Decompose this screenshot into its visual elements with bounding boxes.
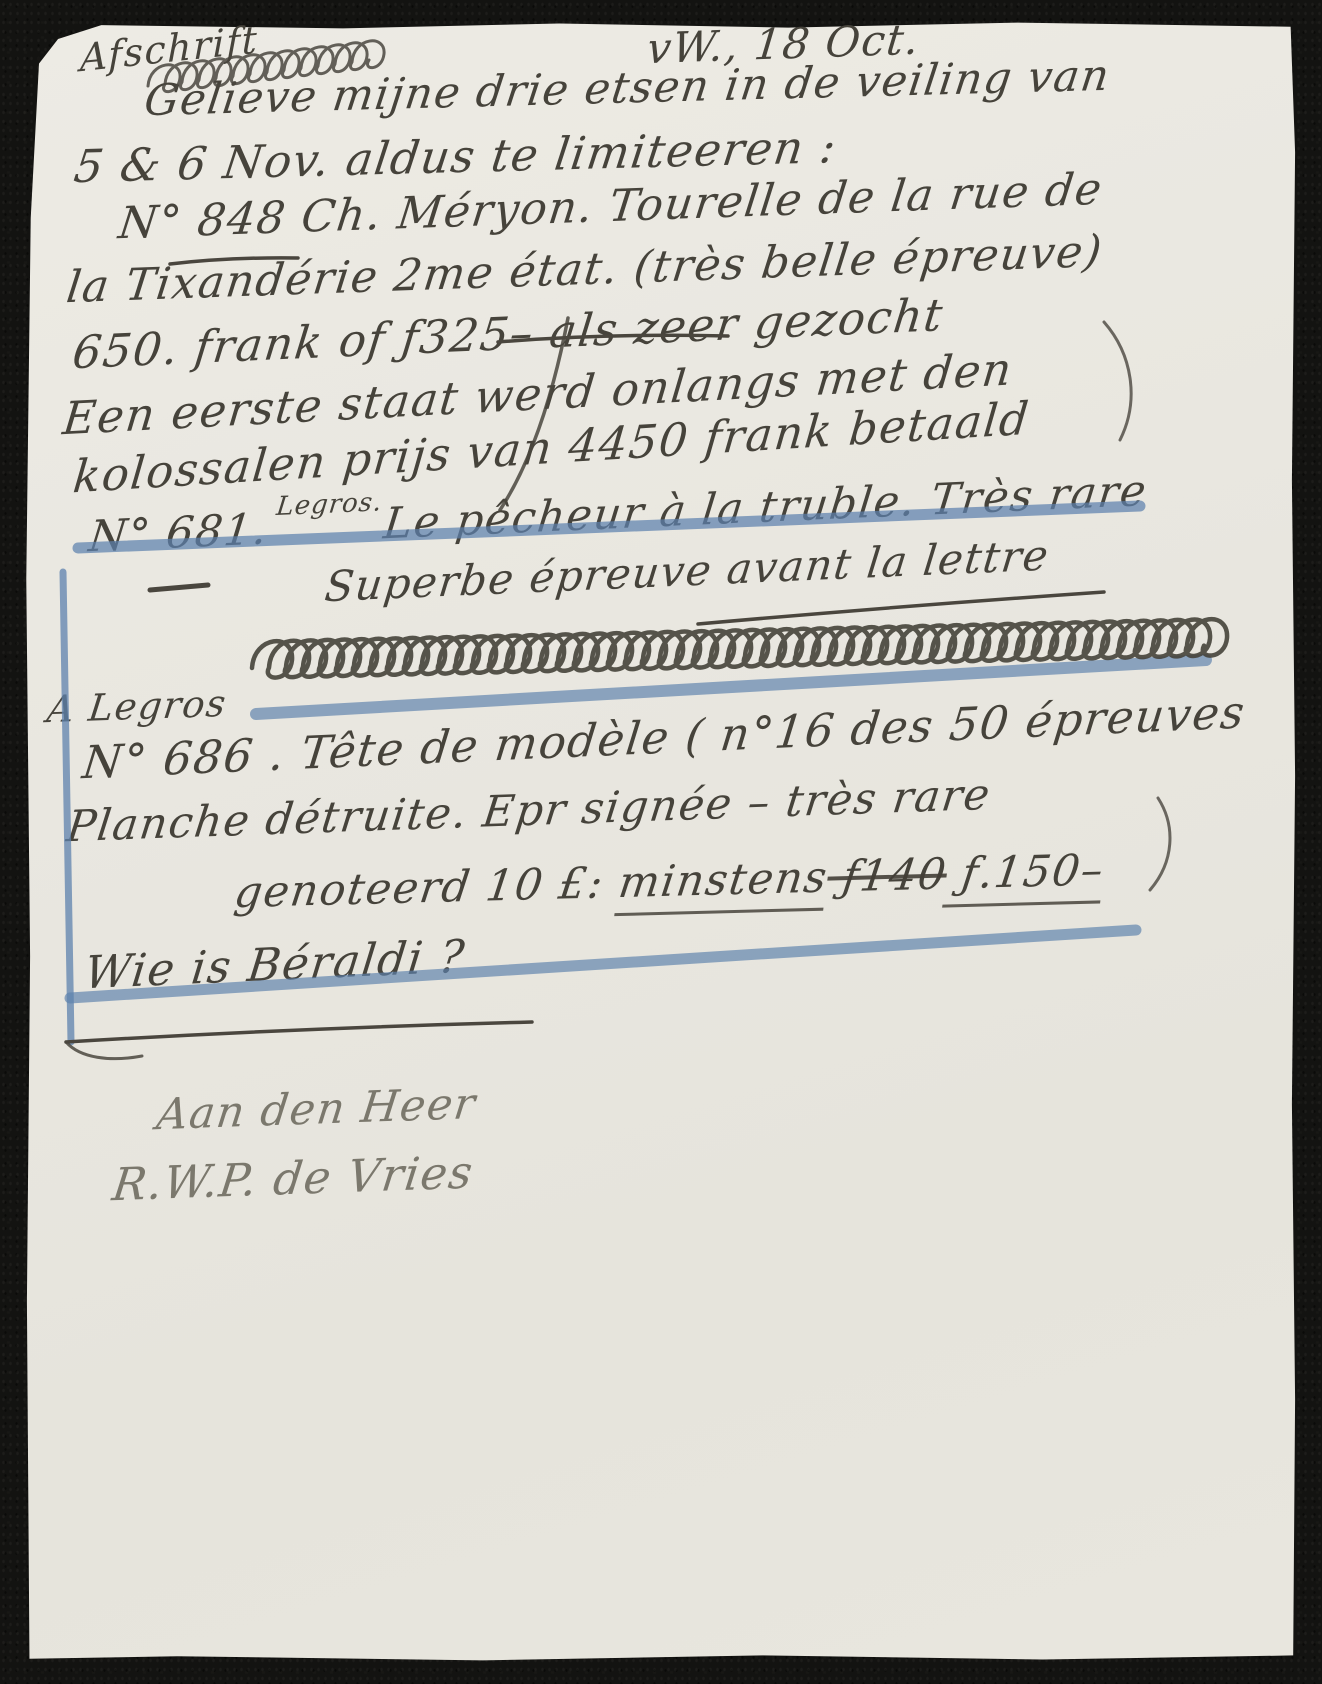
item-681-insertion: Legros. [275, 487, 384, 522]
artist-note: A Legros [45, 682, 230, 731]
price-struck-amount: ƒ140 [824, 849, 950, 902]
price-final-amount: ƒ.150– [942, 845, 1107, 907]
item-681-number: N° 681. [86, 504, 271, 562]
price-minstens-underlined: minstens [615, 852, 831, 916]
scanned-letter-stage: Afschrift vW., 18 Oct. Gelieve mijne dri… [0, 0, 1322, 1684]
price-pre: genoteerd 10 £: [231, 858, 622, 918]
